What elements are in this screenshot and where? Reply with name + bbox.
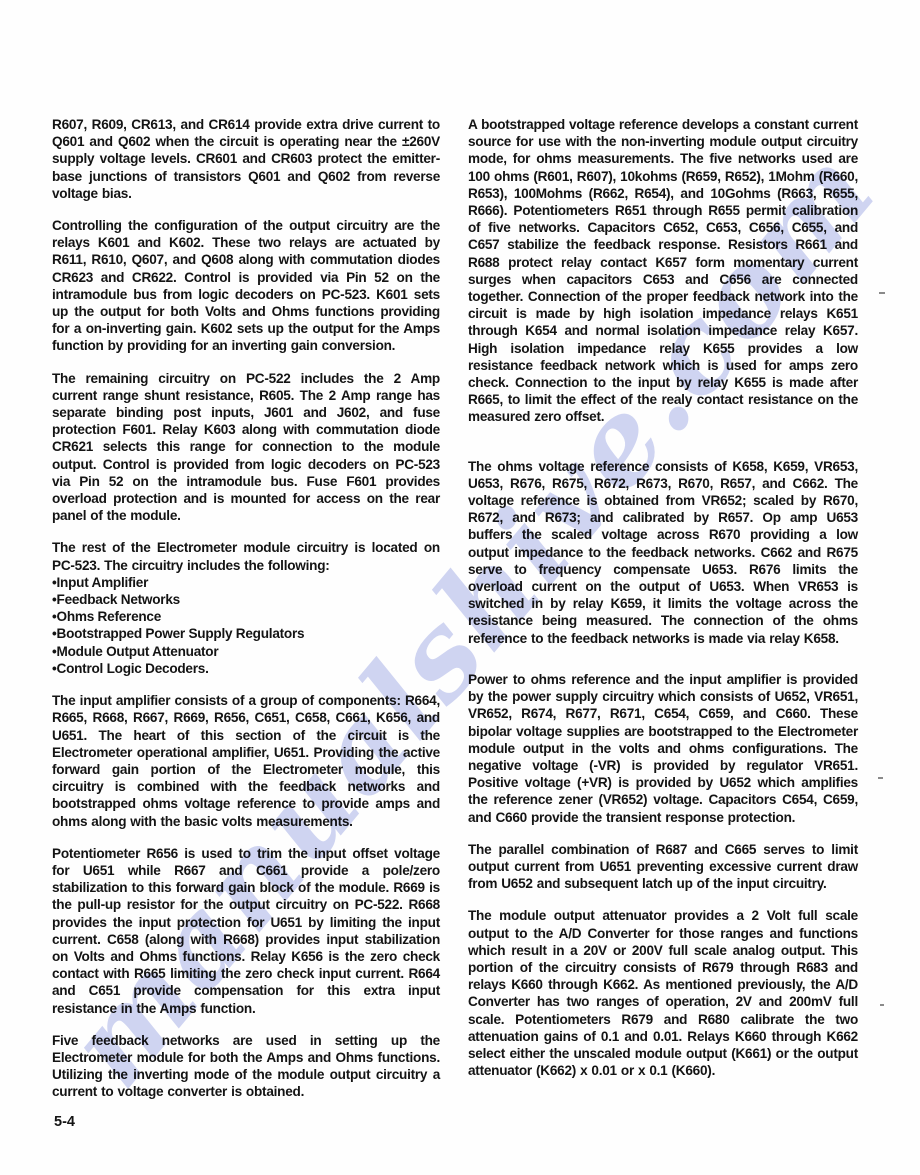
paragraph: The input amplifier consists of a group … [52, 692, 440, 830]
right-column: A bootstrapped voltage reference develop… [468, 116, 858, 1094]
bullet-item: •Module Output Attenuator [52, 643, 440, 660]
paragraph: The remaining circuitry on PC-522 includ… [52, 370, 440, 525]
bullet-item: •Bootstrapped Power Supply Regulators [52, 625, 440, 642]
paragraph: Controlling the configuration of the out… [52, 217, 440, 355]
bullet-item: •Feedback Networks [52, 591, 440, 608]
scan-speck [880, 1004, 884, 1006]
paragraph: The parallel combination of R687 and C66… [468, 841, 858, 893]
circuitry-bullet-list: •Input Amplifier •Feedback Networks •Ohm… [52, 574, 440, 677]
paragraph: The rest of the Electrometer module circ… [52, 539, 440, 573]
bullet-item: •Control Logic Decoders. [52, 660, 440, 677]
scan-speck [878, 777, 883, 779]
paragraph: A bootstrapped voltage reference develop… [468, 116, 858, 426]
paragraph: Potentiometer R656 is used to trim the i… [52, 845, 440, 1017]
manual-page: R607, R609, CR613, and CR614 provide ext… [0, 0, 920, 1175]
paragraph: The module output attenuator provides a … [468, 907, 858, 1079]
bullet-item: •Ohms Reference [52, 608, 440, 625]
bullet-item: •Input Amplifier [52, 574, 440, 591]
scan-speck [879, 292, 885, 294]
left-column: R607, R609, CR613, and CR614 provide ext… [52, 116, 440, 1116]
paragraph: The ohms voltage reference consists of K… [468, 458, 858, 647]
paragraph: R607, R609, CR613, and CR614 provide ext… [52, 116, 440, 202]
paragraph: Power to ohms reference and the input am… [468, 671, 858, 826]
paragraph: Five feedback networks are used in setti… [52, 1032, 440, 1101]
page-number: 5-4 [54, 1114, 75, 1130]
